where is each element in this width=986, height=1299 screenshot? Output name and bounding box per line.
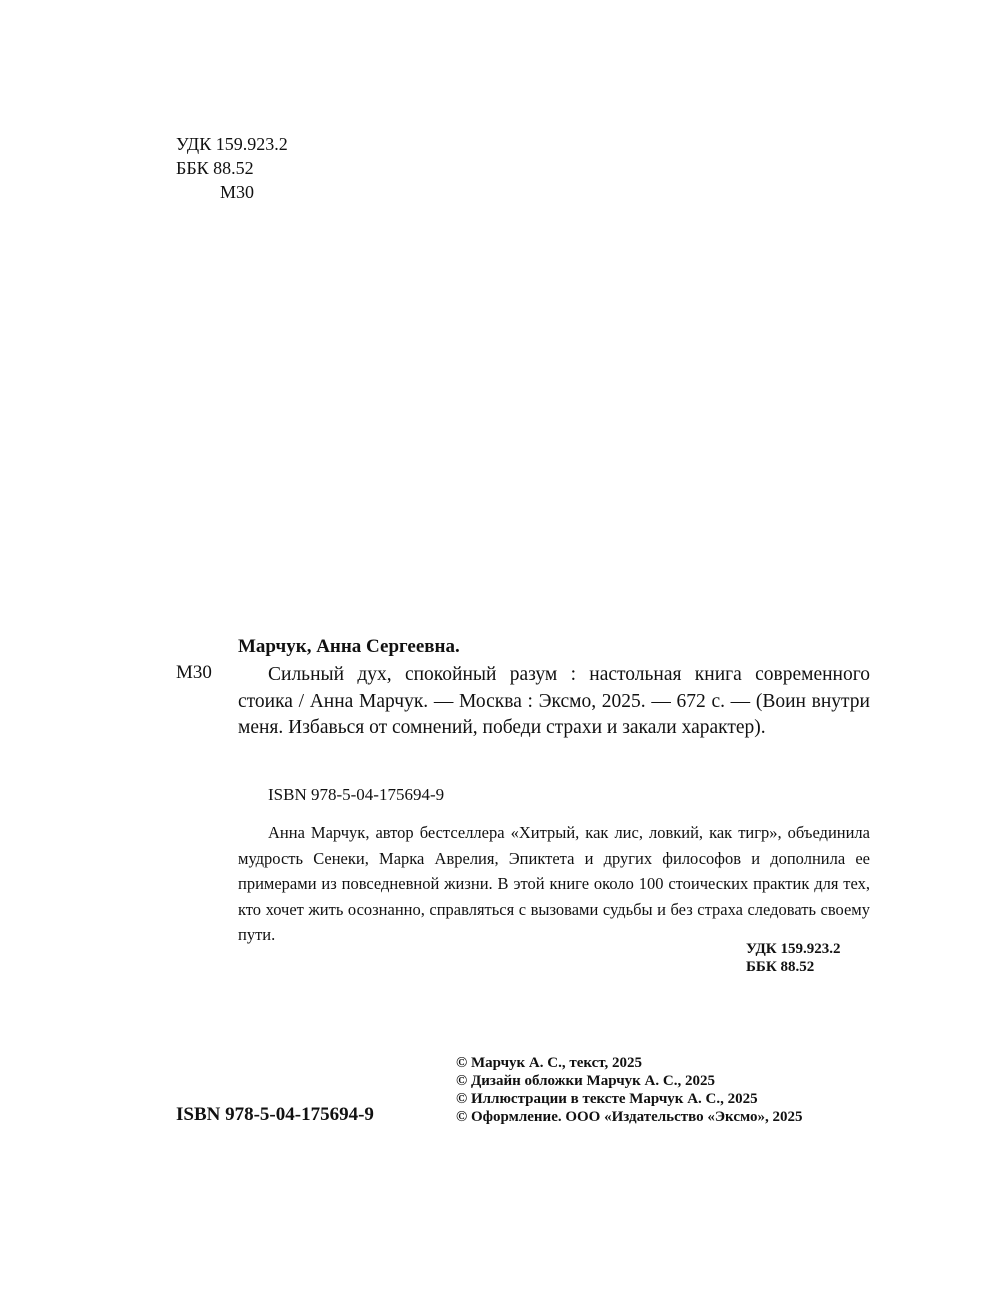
isbn-bottom: ISBN 978-5-04-175694-9	[176, 1104, 374, 1126]
copyright-line: © Оформление. ООО «Издательство «Эксмо»,…	[456, 1108, 803, 1126]
footer-classification-codes: УДК 159.923.2 ББК 88.52	[746, 940, 840, 976]
bbk-code: ББК 88.52	[176, 156, 288, 180]
annotation-text: Анна Марчук, автор бестселлера «Хитрый, …	[238, 820, 870, 948]
copyright-line: © Марчук А. С., текст, 2025	[456, 1054, 803, 1072]
author-mark: М30	[176, 180, 288, 204]
copyright-block: © Марчук А. С., текст, 2025 © Дизайн обл…	[456, 1054, 803, 1126]
isbn-entry: ISBN 978-5-04-175694-9	[268, 785, 444, 805]
copyright-line: © Иллюстрации в тексте Марчук А. С., 202…	[456, 1090, 803, 1108]
bibliographic-description: Сильный дух, спокойный разум : настольна…	[238, 662, 870, 742]
entry-author-mark: М30	[176, 662, 212, 684]
udk-code: УДК 159.923.2	[176, 132, 288, 156]
copyright-line: © Дизайн обложки Марчук А. С., 2025	[456, 1072, 803, 1090]
footer-bbk-code: ББК 88.52	[746, 958, 840, 976]
footer-udk-code: УДК 159.923.2	[746, 940, 840, 958]
header-classification-codes: УДК 159.923.2 ББК 88.52 М30	[176, 132, 288, 204]
author-name: Марчук, Анна Сергеевна.	[238, 636, 460, 658]
